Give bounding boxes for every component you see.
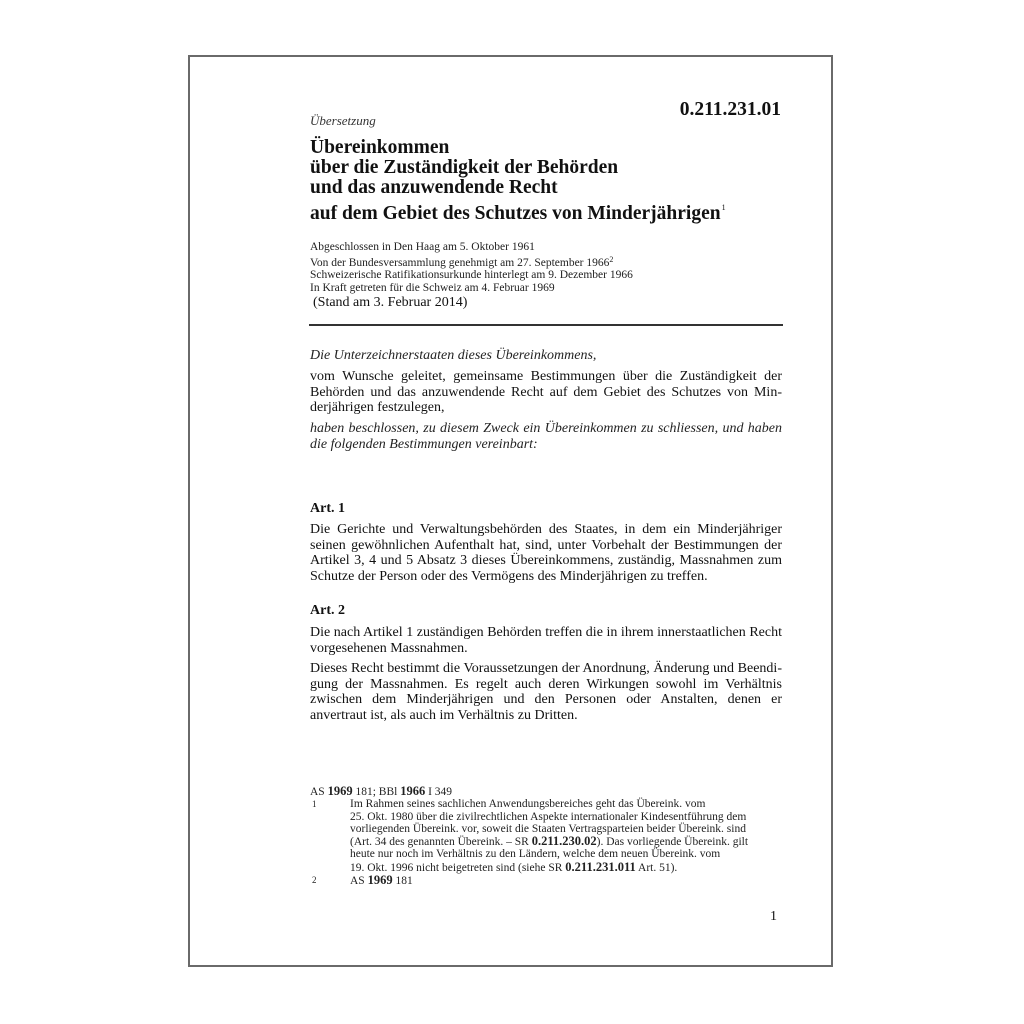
footnote-line: Im Rahmen seines sachlichen Anwendungsbe… <box>350 798 780 810</box>
page-number: 1 <box>770 909 777 925</box>
ratification-line: Schweizerische Ratifikationsurkunde hint… <box>310 269 790 282</box>
article-2-paragraph-2: Dieses Recht bestimmt die Voraussetzunge… <box>310 661 782 724</box>
footnote-text-segment: (Art. 34 des genannten Übereink. – SR <box>350 836 532 848</box>
source-as-year: 1969 <box>328 784 353 798</box>
sr-number: 0.211.231.01 <box>640 99 781 121</box>
article-1-text: Die Gerichte und Verwaltungsbehörden des… <box>310 522 782 585</box>
footnote-text-segment: ). Das vorliegende Übereink. gilt <box>597 836 748 848</box>
footnote-text-segment: Art. 51). <box>636 862 678 874</box>
article-2-heading: Art. 2 <box>310 603 345 619</box>
entry-into-force-line: In Kraft getreten für die Schweiz am 4. … <box>310 282 790 295</box>
title-line-text: auf dem Gebiet des Schutzes von Minderjä… <box>310 203 721 224</box>
footnote-text: Im Rahmen seines sachlichen Anwendungsbe… <box>350 798 780 874</box>
sr-reference-link[interactable]: 0.211.230.02 <box>532 834 597 848</box>
footnote-as-prefix: AS <box>350 875 368 887</box>
preamble-body: vom Wunsche geleitet, gemeinsame Bestimm… <box>310 369 782 416</box>
approval-line: Von der Bundesversammlung genehmigt am 2… <box>310 254 790 270</box>
title-line: über die Zuständigkeit der Behörden <box>310 158 790 178</box>
footnote-as-page: 181 <box>393 875 413 887</box>
source-as-prefix: AS <box>310 786 328 798</box>
footnote-1: 1 Im Rahmen seines sachlichen Anwendungs… <box>310 798 780 874</box>
footnote-source: AS 1969 181; BBl 1966 I 349 <box>310 785 780 798</box>
footnote-2: 2 AS 1969 181 <box>310 874 780 887</box>
source-bbl-year: 1966 <box>400 784 425 798</box>
footnote-text-segment: 19. Okt. 1996 nicht beigetreten sind (si… <box>350 862 565 874</box>
title-line: Übereinkommen <box>310 138 790 158</box>
concluded-line: Abgeschlossen in Den Haag am 5. Oktober … <box>310 241 790 254</box>
approval-text: Von der Bundesversammlung genehmigt am 2… <box>310 257 609 269</box>
article-2-paragraph-1: Die nach Artikel 1 zuständigen Behörden … <box>310 625 782 656</box>
footnotes: AS 1969 181; BBl 1966 I 349 1 Im Rahmen … <box>310 785 780 887</box>
article-1-heading: Art. 1 <box>310 501 345 517</box>
header-separator <box>309 324 783 326</box>
preamble-closing: haben beschlossen, zu diesem Zweck ein Ü… <box>310 421 782 452</box>
preamble-intro: Die Unterzeichnerstaaten dieses Übereink… <box>310 348 782 364</box>
sr-reference-link[interactable]: 0.211.231.011 <box>565 860 636 874</box>
footnote-line: 19. Okt. 1996 nicht beigetreten sind (si… <box>350 861 780 874</box>
source-bbl-ref: I 349 <box>425 786 452 798</box>
document-title: Übereinkommen über die Zuständigkeit der… <box>310 138 790 224</box>
title-line: auf dem Gebiet des Schutzes von Minderjä… <box>310 198 790 224</box>
translation-label: Übersetzung <box>310 113 376 129</box>
footnote-ref-1[interactable]: 1 <box>722 203 726 212</box>
footnote-line: (Art. 34 des genannten Übereink. – SR 0.… <box>350 835 780 848</box>
treaty-metadata: Abgeschlossen in Den Haag am 5. Oktober … <box>310 241 790 294</box>
footnote-line: 25. Okt. 1980 über die zivilrechtlichen … <box>350 811 780 823</box>
footnote-as-year: 1969 <box>368 873 393 887</box>
footnote-number: 2 <box>310 874 350 887</box>
title-line: und das anzuwendende Recht <box>310 178 790 198</box>
footnote-ref-2[interactable]: 2 <box>609 255 613 264</box>
footnote-text: AS 1969 181 <box>350 874 780 887</box>
status-date: (Stand am 3. Februar 2014) <box>313 295 467 311</box>
source-as-page: 181; BBl <box>353 786 401 798</box>
footnote-number: 1 <box>310 798 350 874</box>
